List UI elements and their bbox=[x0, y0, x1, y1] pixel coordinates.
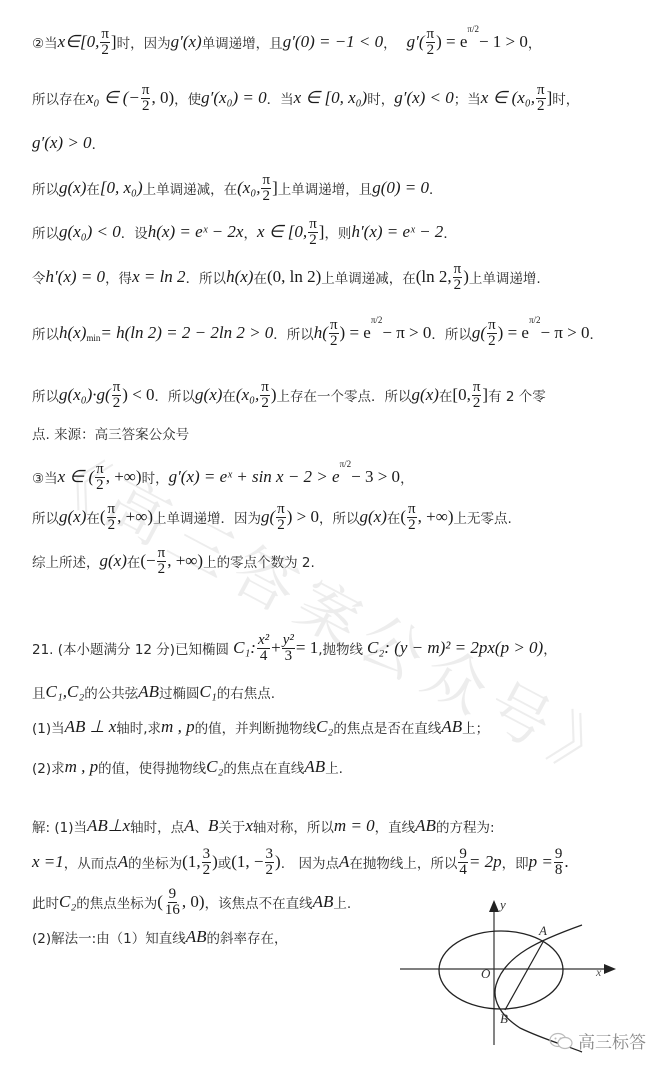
brand-watermark: 高三标答 bbox=[548, 1028, 646, 1053]
math: + bbox=[271, 638, 281, 658]
math: g(x) bbox=[360, 507, 387, 527]
text: 所以 bbox=[32, 507, 59, 527]
math: x ∈ ( bbox=[58, 467, 95, 487]
text: 综上所述， bbox=[32, 551, 100, 571]
solution-line: g′(x) > 0 ． bbox=[32, 123, 105, 163]
fraction: π2 bbox=[407, 502, 417, 533]
math: B bbox=[208, 816, 218, 836]
text: 轴时，点 bbox=[130, 816, 184, 836]
solution-line: 所以 g(x) 在 [0, x₀) 上单调递减，在 (x₀, π2 ] 上单调递… bbox=[32, 168, 443, 208]
math: ) = e bbox=[498, 323, 529, 343]
solution-line: 令 h′(x) = 0 ，得 x = ln 2 ．所以 h(x) 在 (0, l… bbox=[32, 257, 541, 297]
math: g(x) bbox=[100, 551, 127, 571]
text: 或 bbox=[218, 852, 232, 872]
math: g(x) bbox=[195, 385, 222, 405]
math: . bbox=[564, 852, 568, 872]
text: 令 bbox=[32, 267, 46, 287]
math: C₁: bbox=[233, 638, 256, 658]
math: AB⊥x bbox=[87, 816, 130, 836]
math: h(x) = eˣ − 2x bbox=[148, 222, 244, 242]
fraction: π2 bbox=[536, 83, 546, 114]
text: 的值，并判断抛物线 bbox=[195, 717, 317, 737]
math: A bbox=[118, 852, 128, 872]
text: 在 bbox=[253, 267, 267, 287]
math: AB bbox=[441, 717, 462, 737]
text: ．所以 bbox=[431, 323, 472, 343]
fraction: π2 bbox=[426, 27, 436, 58]
text: 所以 bbox=[32, 385, 59, 405]
y-axis-arrow-icon bbox=[489, 900, 499, 912]
text: 的焦点在直线 bbox=[223, 757, 304, 777]
problem-21-statement: 21. (本小题满分 12 分)已知椭圆 C₁: x²4 + y²3 = 1 ,… bbox=[32, 628, 557, 668]
text: 上单调递增．因为 bbox=[153, 507, 261, 527]
solution-line: 所以 g(x₀) < 0 ．设 h(x) = eˣ − 2x ， x ∈ [0,… bbox=[32, 212, 457, 252]
text: 时， bbox=[367, 88, 394, 108]
math: − 1 > 0 bbox=[479, 32, 528, 52]
solution-line: 所以 g(x) 在 ( π2 , +∞) 上单调递增．因为 g( π2 ) > … bbox=[32, 497, 512, 537]
text: . 因为点 bbox=[281, 852, 339, 872]
math: (1, − bbox=[231, 852, 263, 872]
math: ) > 0 bbox=[287, 507, 319, 527]
math: = 1 bbox=[296, 638, 318, 658]
math: h( bbox=[314, 323, 328, 343]
fraction: π2 bbox=[487, 318, 497, 349]
text: ．所以 bbox=[273, 323, 314, 343]
math: x∈[0, bbox=[58, 32, 100, 52]
y-axis-label: y bbox=[498, 897, 506, 912]
text: 的右焦点. bbox=[217, 682, 275, 702]
text: 且 bbox=[32, 682, 46, 702]
fraction: π2 bbox=[112, 380, 122, 411]
text: 的焦点是否在直线 bbox=[333, 717, 441, 737]
answer-line: 此时 C₂ 的焦点坐标为 ( 916 , 0) ，该焦点不在直线 AB 上. bbox=[32, 882, 351, 922]
math: (x₀, bbox=[237, 178, 260, 198]
math: [0, x₀) bbox=[100, 178, 143, 198]
text: ．设 bbox=[121, 222, 148, 242]
fraction: π2 bbox=[107, 502, 117, 533]
text: ，即 bbox=[502, 852, 529, 872]
text: ③当 bbox=[32, 467, 58, 487]
fraction: π2 bbox=[472, 380, 482, 411]
fraction: π2 bbox=[453, 262, 463, 293]
math: C₂ bbox=[59, 892, 76, 912]
text: ． bbox=[590, 323, 604, 343]
math: C₁,C₂ bbox=[46, 682, 85, 702]
text: ， bbox=[243, 222, 257, 242]
math: A bbox=[184, 816, 194, 836]
text: ．当 bbox=[267, 88, 294, 108]
text: ；当 bbox=[454, 88, 481, 108]
solution-line: 所以存在 x₀ ∈ (− π2 , 0) ，使 g′(x₀) = 0 ．当 x … bbox=[32, 78, 579, 118]
math: ( bbox=[400, 507, 406, 527]
text: 21. (本小题满分 12 分)已知椭圆 bbox=[32, 638, 229, 658]
math: m , p bbox=[161, 717, 195, 737]
math: h(x) bbox=[226, 267, 253, 287]
fraction: x²4 bbox=[257, 633, 270, 664]
math: , +∞) bbox=[117, 507, 153, 527]
text: (1)当 bbox=[32, 717, 65, 737]
text: ，则 bbox=[324, 222, 351, 242]
text: (2)求 bbox=[32, 757, 65, 777]
x-axis-arrow-icon bbox=[604, 964, 616, 974]
math: C₂ bbox=[206, 757, 223, 777]
math: h(x) bbox=[59, 323, 86, 343]
math: p = bbox=[529, 852, 553, 872]
fraction: 94 bbox=[458, 847, 468, 878]
problem-text: 且 C₁,C₂ 的公共弦 AB 过椭圆 C₁ 的右焦点. bbox=[32, 672, 275, 712]
fraction: π2 bbox=[100, 27, 110, 58]
text: ，从而点 bbox=[64, 852, 118, 872]
text: 解: (1)当 bbox=[32, 816, 87, 836]
text: ,抛物线 bbox=[318, 638, 363, 658]
brand-text: 高三标答 bbox=[578, 1028, 646, 1053]
math: , +∞) bbox=[106, 467, 142, 487]
math: AB ⊥ x bbox=[65, 717, 117, 737]
math: (1, bbox=[182, 852, 200, 872]
fraction: π2 bbox=[260, 380, 270, 411]
math: m = 0 bbox=[334, 816, 375, 836]
solution-line-case2: ②当 x∈[0, π2 ] 时，因为 g′(x) 单调递增，且 g′(0) = … bbox=[32, 22, 541, 62]
math: h′(x) = eˣ − 2 bbox=[351, 222, 443, 242]
math: ) = e bbox=[436, 32, 467, 52]
exponent: π/2 bbox=[529, 315, 541, 325]
text: 所以存在 bbox=[32, 88, 86, 108]
text: ，使 bbox=[174, 88, 201, 108]
math: x =1 bbox=[32, 852, 64, 872]
math: , 0) bbox=[151, 88, 174, 108]
math: g(0) = 0 bbox=[372, 178, 429, 198]
math: ( bbox=[157, 892, 163, 912]
math: C₂ bbox=[316, 717, 333, 737]
problem-part-2: (2)求 m , p 的值，使得抛物线 C₂ 的焦点在直线 AB 上. bbox=[32, 747, 343, 787]
math: x ∈ [0, x₀) bbox=[294, 88, 368, 108]
text: 在抛物线上，所以 bbox=[349, 852, 457, 872]
text: 的斜率存在， bbox=[207, 927, 288, 947]
math: AB bbox=[186, 927, 207, 947]
text: ，该焦点不在直线 bbox=[205, 892, 313, 912]
wechat-icon bbox=[548, 1031, 574, 1051]
math: = h(ln 2) = 2 − 2ln 2 > 0 bbox=[100, 323, 273, 343]
point-b-label: B bbox=[500, 1011, 508, 1026]
text: ，直线 bbox=[375, 816, 416, 836]
math: ) = e bbox=[340, 323, 371, 343]
conclusion-line: 综上所述， g(x) 在 (− π2 , +∞) 上的零点个数为 2. bbox=[32, 541, 315, 581]
text: 在 bbox=[222, 385, 236, 405]
text: ， bbox=[528, 32, 542, 52]
math: g(x₀) < 0 bbox=[59, 222, 121, 242]
text: ②当 bbox=[32, 32, 58, 52]
math: x ∈ [0, bbox=[257, 222, 307, 242]
text: 上单调递减，在 bbox=[321, 267, 416, 287]
problem-part-1: (1)当 AB ⊥ x 轴时,求 m , p 的值，并判断抛物线 C₂ 的焦点是… bbox=[32, 707, 489, 747]
math: C₂: (y − m)² = 2px(p > 0) bbox=[367, 638, 543, 658]
text: ．所以 bbox=[186, 267, 227, 287]
math: x ∈ (x₀, bbox=[481, 88, 535, 108]
fraction: π2 bbox=[329, 318, 339, 349]
math: h′(x) = 0 bbox=[46, 267, 106, 287]
math: g′(x) bbox=[171, 32, 202, 52]
text: 上单调递增. bbox=[469, 267, 541, 287]
text: 在 bbox=[86, 178, 100, 198]
subscript: min bbox=[86, 333, 100, 343]
text: 上存在一个零点．所以 bbox=[277, 385, 412, 405]
text: ， bbox=[543, 638, 557, 658]
text: ． bbox=[443, 222, 457, 242]
text: 的坐标为 bbox=[128, 852, 182, 872]
text: 的焦点坐标为 bbox=[76, 892, 157, 912]
math: AB bbox=[415, 816, 436, 836]
text: 在 bbox=[86, 507, 100, 527]
math: (− bbox=[140, 551, 155, 571]
text: 所以 bbox=[32, 178, 59, 198]
text: 的公共弦 bbox=[84, 682, 138, 702]
solution-line-case3: ③当 x ∈ ( π2 , +∞) 时， g′(x) = eˣ + sin x … bbox=[32, 457, 414, 497]
source-line: 点. 来源：高三答案公众号 bbox=[32, 413, 189, 453]
text: 点. 来源：高三答案公众号 bbox=[32, 423, 189, 443]
math: − π > 0 bbox=[382, 323, 431, 343]
text: 时，因为 bbox=[117, 32, 171, 52]
math: ( bbox=[100, 507, 106, 527]
ellipse-c1 bbox=[439, 931, 563, 1009]
math: ) < 0 bbox=[122, 385, 154, 405]
math: AB bbox=[138, 682, 159, 702]
text: 在 bbox=[387, 507, 401, 527]
fraction: y²3 bbox=[282, 633, 295, 664]
text: 此时 bbox=[32, 892, 59, 912]
text: 上单调递减，在 bbox=[143, 178, 238, 198]
text: ． bbox=[92, 133, 106, 153]
math: A bbox=[339, 852, 349, 872]
text: ， bbox=[400, 467, 414, 487]
text: 单调递增，且 bbox=[202, 32, 283, 52]
point-a-label: A bbox=[538, 923, 547, 938]
math: x bbox=[245, 816, 253, 836]
text: 的值，使得抛物线 bbox=[98, 757, 206, 777]
math: g′(x) < 0 bbox=[394, 88, 454, 108]
math: − π > 0 bbox=[541, 323, 590, 343]
fraction: 32 bbox=[202, 847, 212, 878]
math: , 0) bbox=[182, 892, 205, 912]
math: x₀ ∈ (− bbox=[86, 88, 140, 108]
math: AB bbox=[313, 892, 334, 912]
fraction: π2 bbox=[95, 462, 105, 493]
exponent: π/2 bbox=[467, 24, 479, 34]
math: g( bbox=[472, 323, 486, 343]
answer-line: 解: (1)当 AB⊥x 轴时，点 A 、 B 关于 x 轴对称，所以 m = … bbox=[32, 806, 495, 846]
math: g( bbox=[261, 507, 275, 527]
x-axis-label: x bbox=[595, 965, 602, 979]
fraction: π2 bbox=[276, 502, 286, 533]
text: (2)解法一:由（1）知直线 bbox=[32, 927, 186, 947]
answer-line: x =1 ，从而点 A 的坐标为 (1, 32 ) 或 (1, − 32 ) .… bbox=[32, 842, 569, 882]
text: ， bbox=[383, 32, 397, 52]
fraction: π2 bbox=[141, 83, 151, 114]
solution-line: 所以 g(x₀)·g( π2 ) < 0 ．所以 g(x) 在 (x₀, π2 … bbox=[32, 375, 546, 415]
text: ． bbox=[429, 178, 443, 198]
math: AB bbox=[304, 757, 325, 777]
math: m , p bbox=[65, 757, 99, 777]
text: 上. bbox=[333, 892, 351, 912]
math: x = ln 2 bbox=[132, 267, 186, 287]
origin-label: O bbox=[481, 966, 491, 981]
math: g′(0) = −1 < 0 bbox=[283, 32, 383, 52]
math: g(x) bbox=[59, 507, 86, 527]
math: = 2p bbox=[469, 852, 502, 872]
text: 上. bbox=[325, 757, 343, 777]
text: ，所以 bbox=[319, 507, 360, 527]
math: − 3 > 0 bbox=[351, 467, 400, 487]
fraction: 32 bbox=[265, 847, 275, 878]
text: 轴对称，所以 bbox=[253, 816, 334, 836]
math: g′( bbox=[407, 32, 425, 52]
math: (0, ln 2) bbox=[267, 267, 321, 287]
solution-line: 所以 h(x)min = h(ln 2) = 2 − 2ln 2 > 0 ．所以… bbox=[32, 313, 603, 353]
text: 有 2 个零 bbox=[488, 385, 546, 405]
fraction: π2 bbox=[261, 173, 271, 204]
math: C₁ bbox=[200, 682, 217, 702]
text: 上； bbox=[462, 717, 489, 737]
math: (x₀, bbox=[236, 385, 259, 405]
text: ，得 bbox=[105, 267, 132, 287]
exponent: π/2 bbox=[371, 315, 383, 325]
text: 的方程为: bbox=[436, 816, 495, 836]
text: 上单调递增，且 bbox=[278, 178, 373, 198]
fraction: π2 bbox=[157, 546, 167, 577]
fraction: π2 bbox=[308, 217, 318, 248]
text: 时， bbox=[552, 88, 579, 108]
text: 在 bbox=[127, 551, 141, 571]
text: 所以 bbox=[32, 323, 59, 343]
text: ．所以 bbox=[155, 385, 196, 405]
math: g′(x) = eˣ + sin x − 2 > e bbox=[169, 467, 340, 487]
chord-ab bbox=[505, 942, 543, 1010]
math: g′(x₀) = 0 bbox=[201, 88, 266, 108]
text: 、 bbox=[194, 816, 208, 836]
fraction: 916 bbox=[164, 887, 181, 918]
math: , +∞) bbox=[418, 507, 454, 527]
text: 上的零点个数为 2. bbox=[203, 551, 315, 571]
math: g(x) bbox=[59, 178, 86, 198]
text: 过椭圆 bbox=[159, 682, 200, 702]
math: , +∞) bbox=[167, 551, 203, 571]
text: 关于 bbox=[218, 816, 245, 836]
math: [0, bbox=[452, 385, 470, 405]
exponent: π/2 bbox=[340, 459, 352, 469]
text: 上无零点. bbox=[454, 507, 512, 527]
text: 所以 bbox=[32, 222, 59, 242]
math: (ln 2, bbox=[416, 267, 452, 287]
math: g(x₀)·g( bbox=[59, 385, 111, 405]
text: 时， bbox=[142, 467, 169, 487]
text: 在 bbox=[439, 385, 453, 405]
text: 轴时,求 bbox=[116, 717, 161, 737]
fraction: 98 bbox=[554, 847, 564, 878]
math: g(x) bbox=[412, 385, 439, 405]
answer-line: (2)解法一:由（1）知直线 AB 的斜率存在， bbox=[32, 917, 288, 957]
math: g′(x) > 0 bbox=[32, 133, 92, 153]
